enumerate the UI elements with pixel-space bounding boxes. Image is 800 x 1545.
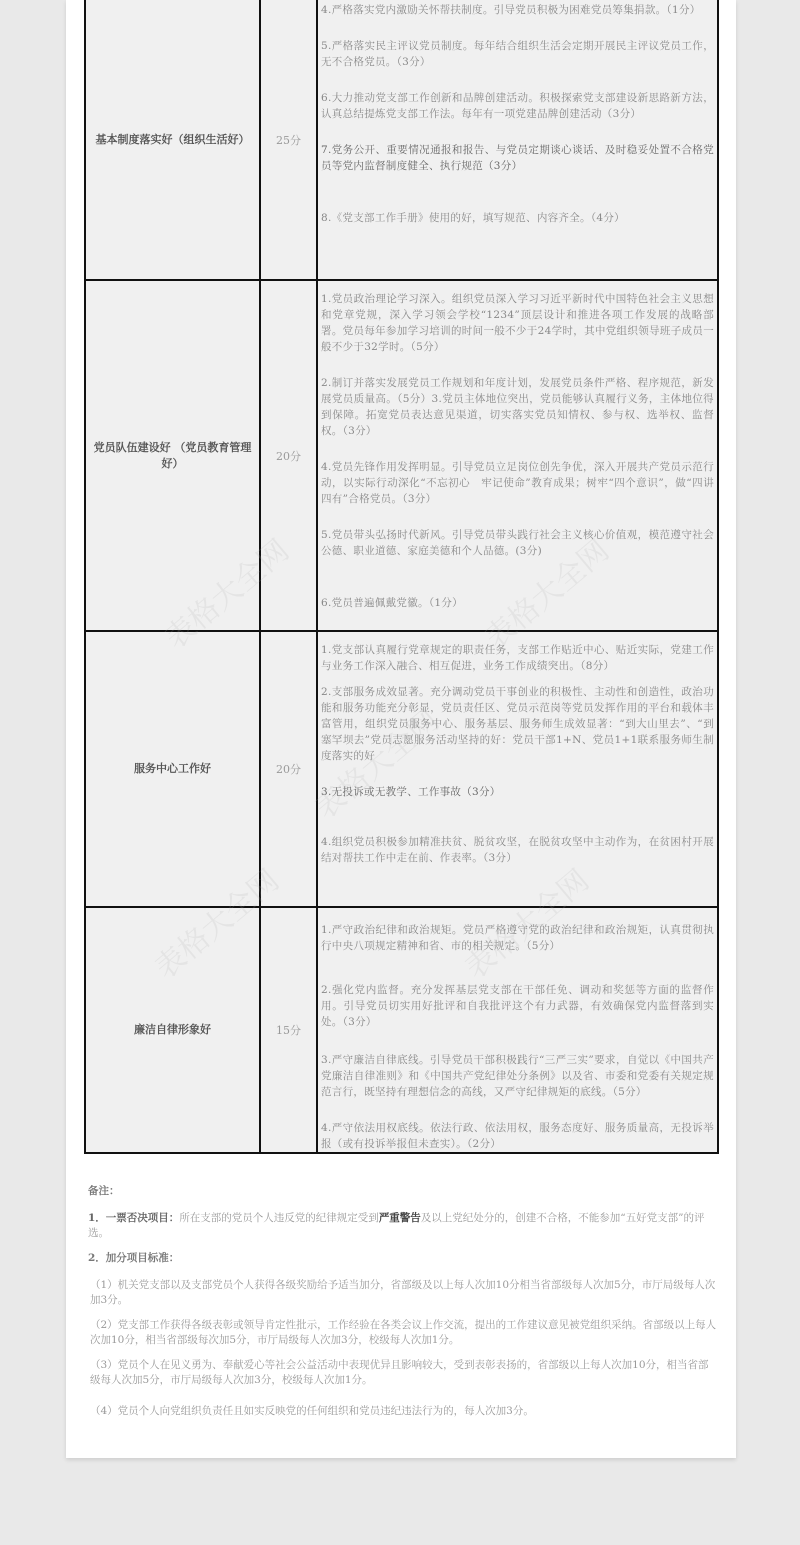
criteria-item: 4.严格落实党内激励关怀帮扶制度。引导党员积极为困难党员筹集捐款。（1分）	[321, 2, 714, 18]
criteria-item: 2.强化党内监督。充分发挥基层党支部在干部任免、调动和奖惩等方面的监督作用。引导…	[321, 982, 714, 1030]
criteria-cell: 1.党支部认真履行党章规定的职责任务，支部工作贴近中心、贴近实际，党建工作与业务…	[317, 631, 718, 907]
category-name: 党员队伍建设好 （党员教育管理好）	[85, 280, 260, 631]
bonus-item: （2）党支部工作获得各级表彰或领导肯定性批示，工作经验在各类会议上作交流，提出的…	[88, 1318, 718, 1348]
criteria-item: 3.严守廉洁自律底线。引导党员干部积极践行“三严三实”要求，自觉以《中国共产党廉…	[321, 1052, 714, 1100]
category-name: 服务中心工作好	[85, 631, 260, 907]
criteria-item: 1.严守政治纪律和政治规矩。党员严格遵守党的政治纪律和政治规矩，认真贯彻执行中央…	[321, 922, 714, 954]
criteria-item: 3.无投诉或无教学、工作事故（3分）	[321, 784, 714, 800]
criteria-item: 6.大力推动党支部工作创新和品牌创建活动。积极探索党支部建设新思路新方法，认真总…	[321, 90, 714, 122]
criteria-item: 6.党员普遍佩戴党徽。（1分）	[321, 595, 714, 611]
veto-rule-emphasis: 严重警告	[379, 1212, 421, 1224]
veto-rule-label: 1．一票否决项目：	[88, 1212, 179, 1224]
category-score: 15分	[260, 907, 317, 1153]
criteria-cell: 1.党员政治理论学习深入。组织党员深入学习习近平新时代中国特色社会主义思想和党章…	[317, 280, 718, 631]
category-score: 20分	[260, 280, 317, 631]
criteria-item: 1.党员政治理论学习深入。组织党员深入学习习近平新时代中国特色社会主义思想和党章…	[321, 291, 714, 355]
category-score: 25分	[260, 0, 317, 280]
notes-section: 备注： 1．一票否决项目：所在支部的党员个人违反党的纪律规定受到严重警告及以上党…	[88, 1184, 718, 1429]
criteria-item: 7.党务公开、重要情况通报和报告、与党员定期谈心谈话、及时稳妥处置不合格党员等党…	[321, 142, 714, 174]
table-row: 党员队伍建设好 （党员教育管理好） 20分 1.党员政治理论学习深入。组织党员深…	[85, 280, 718, 631]
table-row: 服务中心工作好 20分 1.党支部认真履行党章规定的职责任务，支部工作贴近中心、…	[85, 631, 718, 907]
criteria-item: 5.党员带头弘扬时代新风。引导党员带头践行社会主义核心价值观，模范遵守社会公德、…	[321, 527, 714, 559]
bonus-item: （1）机关党支部以及支部党员个人获得各级奖励给予适当加分，省部级及以上每人次加1…	[88, 1278, 718, 1308]
criteria-item: 1.党支部认真履行党章规定的职责任务，支部工作贴近中心、贴近实际，党建工作与业务…	[321, 642, 714, 674]
bonus-title: 2．加分项目标准：	[88, 1251, 718, 1266]
criteria-item: 8.《党支部工作手册》使用的好，填写规范、内容齐全。（4分）	[321, 210, 714, 226]
category-name: 廉洁自律形象好	[85, 907, 260, 1153]
criteria-cell: 1.严守政治纪律和政治规矩。党员严格遵守党的政治纪律和政治规矩，认真贯彻执行中央…	[317, 907, 718, 1153]
scoring-table: 基本制度落实好（组织生活好） 25分 4.严格落实党内激励关怀帮扶制度。引导党员…	[84, 0, 719, 1154]
notes-title: 备注：	[88, 1184, 718, 1199]
bonus-item: （4）党员个人向党组织负责任且如实反映党的任何组织和党员违纪违法行为的，每人次加…	[88, 1404, 718, 1419]
category-score: 20分	[260, 631, 317, 907]
criteria-item: 2.支部服务成效显著。充分调动党员干事创业的积极性、主动性和创造性，政治功能和服…	[321, 684, 714, 764]
veto-rule: 1．一票否决项目：所在支部的党员个人违反党的纪律规定受到严重警告及以上党纪处分的…	[88, 1211, 718, 1241]
criteria-item: 4.组织党员积极参加精准扶贫、脱贫攻坚，在脱贫攻坚中主动作为，在贫困村开展结对帮…	[321, 834, 714, 866]
criteria-item: 4.党员先锋作用发挥明显。引导党员立足岗位创先争优，深入开展共产党员示范行动，以…	[321, 459, 714, 507]
criteria-cell: 4.严格落实党内激励关怀帮扶制度。引导党员积极为困难党员筹集捐款。（1分） 5.…	[317, 0, 718, 280]
criteria-item: 2.制订并落实发展党员工作规划和年度计划，发展党员条件严格、程序规范，新发展党员…	[321, 375, 714, 439]
criteria-item: 5.严格落实民主评议党员制度。每年结合组织生活会定期开展民主评议党员工作，无不合…	[321, 38, 714, 70]
category-name: 基本制度落实好（组织生活好）	[85, 0, 260, 280]
table-row: 基本制度落实好（组织生活好） 25分 4.严格落实党内激励关怀帮扶制度。引导党员…	[85, 0, 718, 280]
bonus-item: （3）党员个人在见义勇为、奉献爱心等社会公益活动中表现优异且影响较大，受到表彰表…	[88, 1358, 718, 1388]
veto-rule-text: 所在支部的党员个人违反党的纪律规定受到	[179, 1212, 379, 1224]
criteria-item: 4.严守依法用权底线。依法行政、依法用权，服务态度好、服务质量高，无投诉举报（或…	[321, 1120, 714, 1152]
table-row: 廉洁自律形象好 15分 1.严守政治纪律和政治规矩。党员严格遵守党的政治纪律和政…	[85, 907, 718, 1153]
